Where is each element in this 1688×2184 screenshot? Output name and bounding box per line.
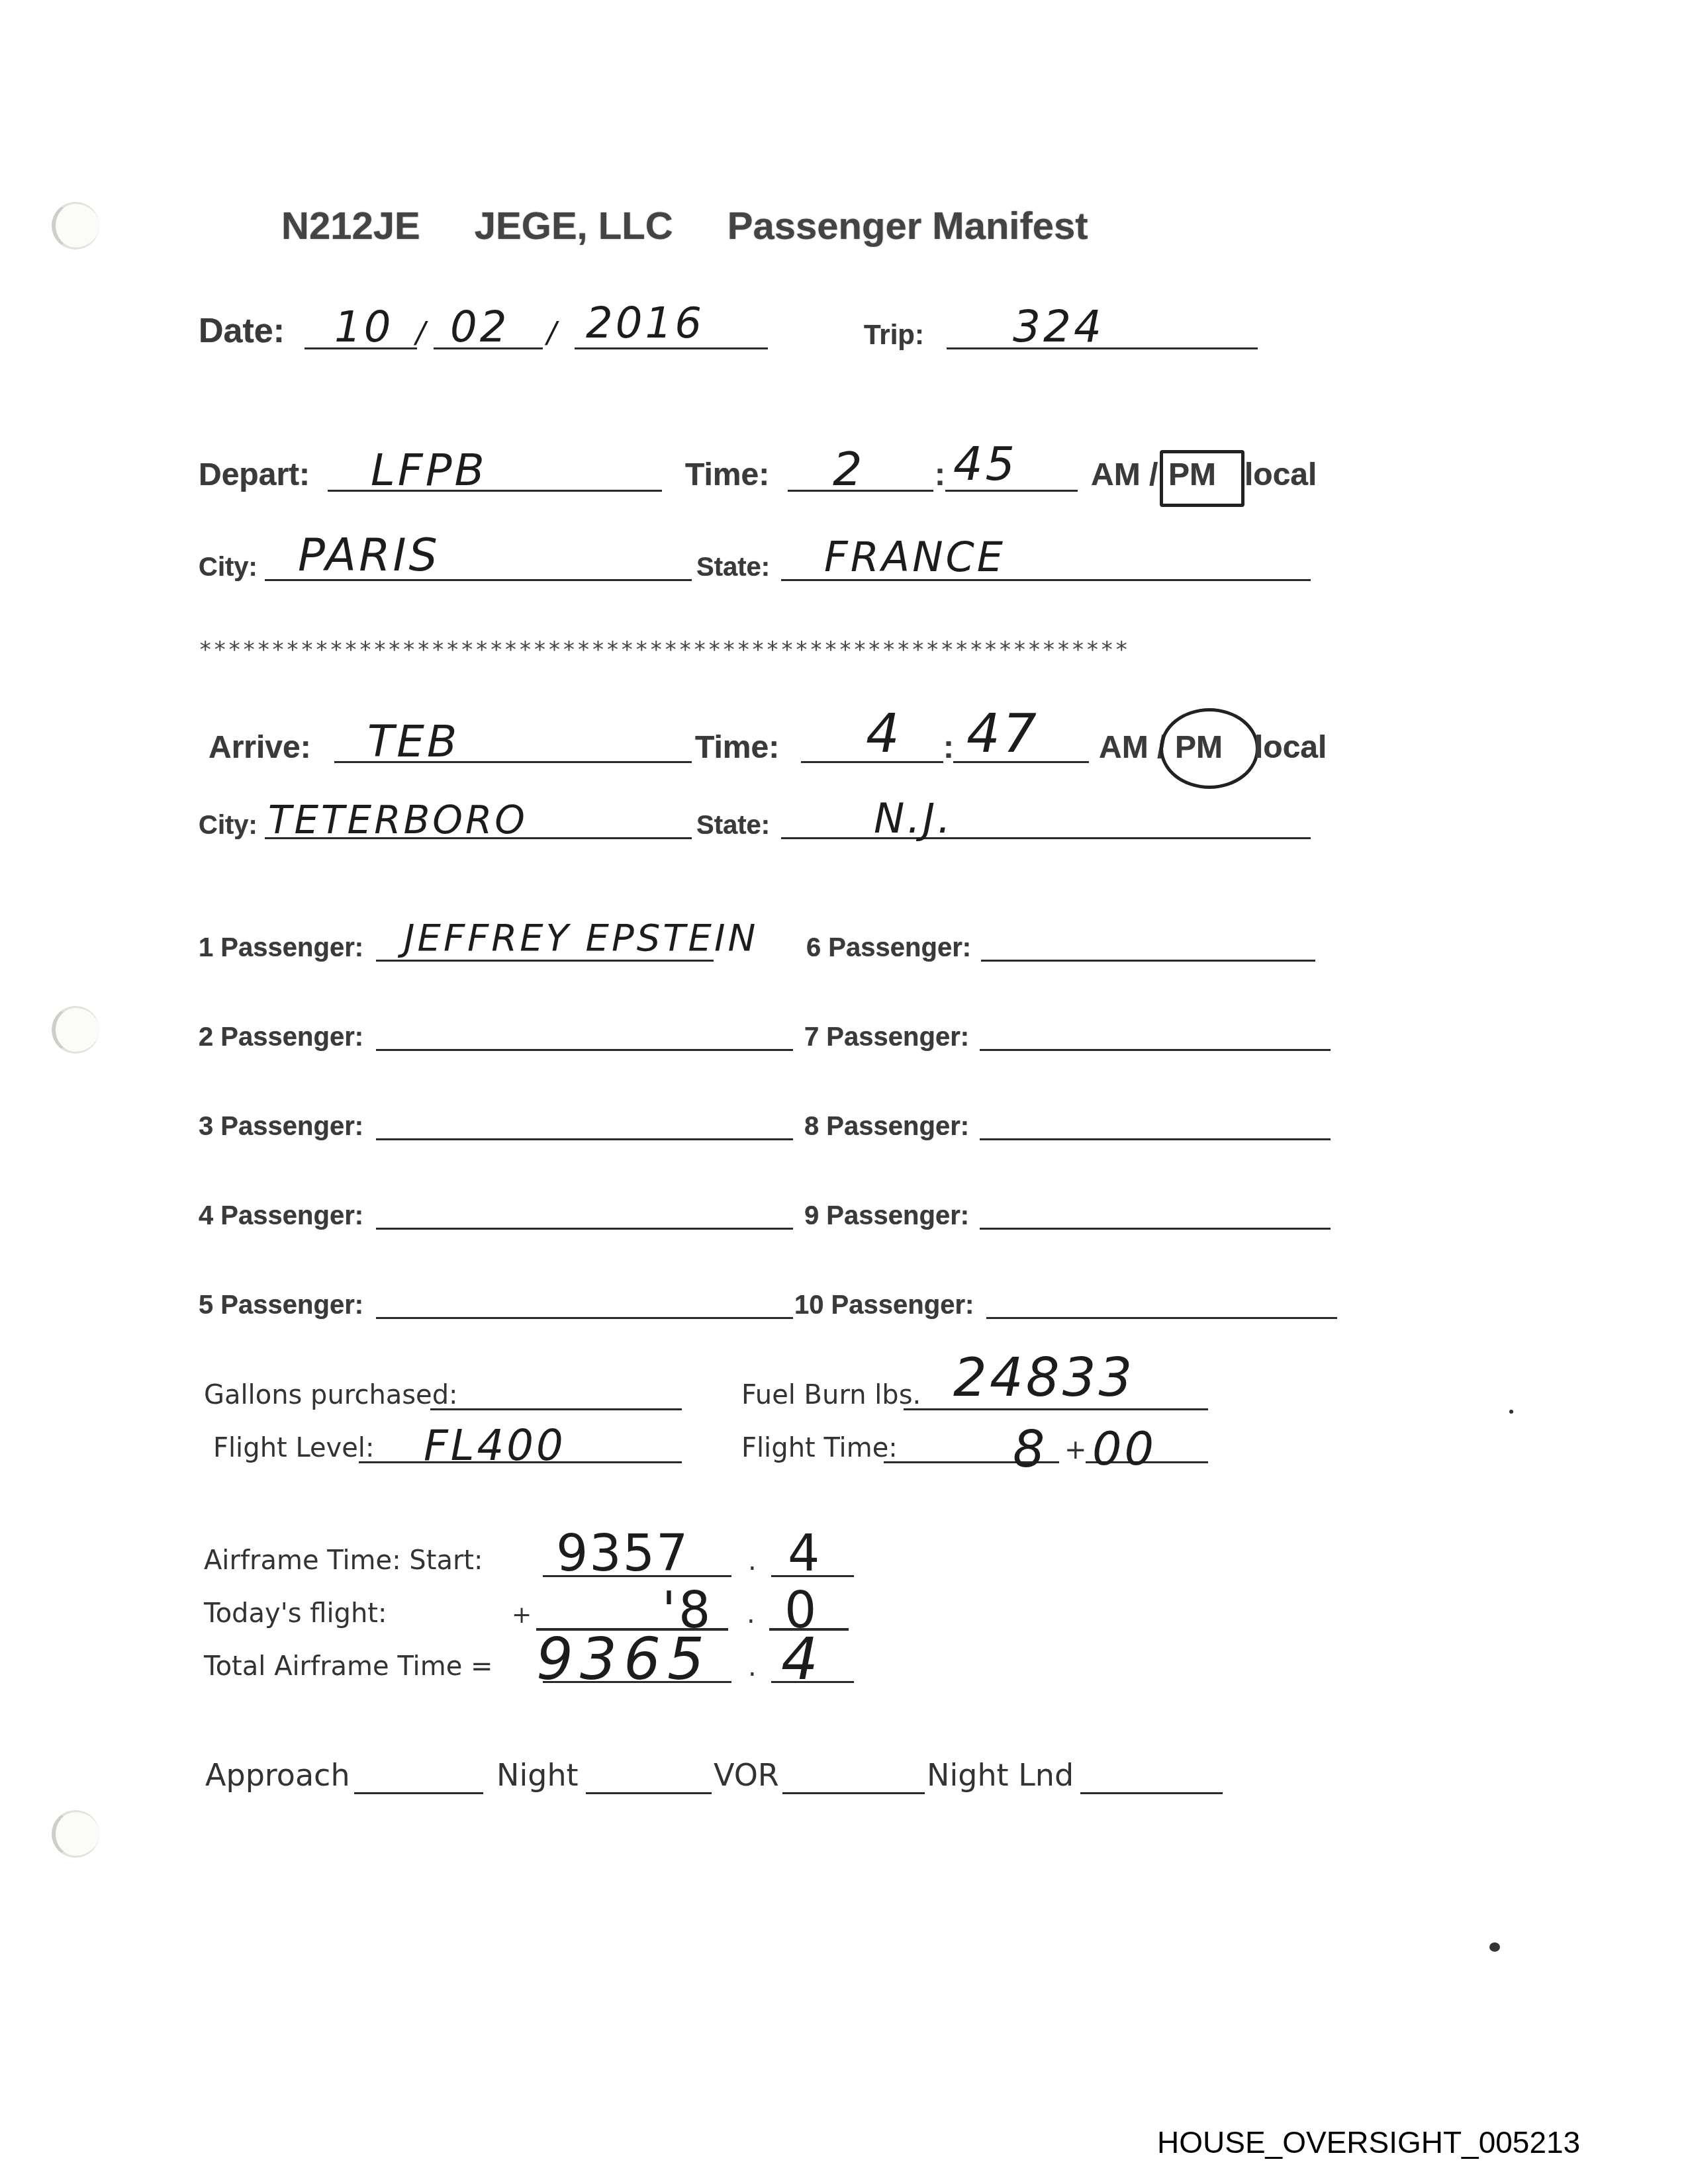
depart-airport-field[interactable]: LFPB	[371, 445, 487, 496]
depart-time-label: Time:	[685, 457, 769, 493]
depart-minute-field[interactable]: 45	[953, 437, 1017, 491]
section-divider: ****************************************…	[199, 637, 1129, 663]
depart-state-label: State:	[696, 553, 770, 582]
decimal-point: .	[747, 1599, 755, 1629]
airframe-start-whole-field[interactable]: 9357	[556, 1524, 689, 1582]
decimal-point: .	[748, 1652, 757, 1682]
date-separator: /	[416, 316, 428, 350]
date-year-field[interactable]: 2016	[586, 299, 704, 348]
manifest-page: N212JE JEGE, LLC Passenger Manifest Date…	[0, 0, 1688, 2184]
punch-hole-bottom	[52, 1810, 99, 1858]
depart-city-label: City:	[199, 553, 258, 582]
arrive-pm-selected-circle	[1160, 708, 1259, 789]
arrive-hour-field[interactable]: 4	[866, 703, 902, 764]
depart-pm-selected-box	[1160, 450, 1244, 507]
total-airframe-whole-field[interactable]: 9365	[536, 1625, 711, 1693]
total-airframe-label: Total Airframe Time =	[204, 1651, 493, 1682]
arrive-city-field[interactable]: TETERBORO	[268, 797, 528, 842]
depart-label: Depart:	[199, 457, 310, 493]
date-separator: /	[547, 316, 559, 350]
arrive-local-label: local	[1254, 729, 1327, 766]
passenger-10-label: 10 Passenger:	[794, 1291, 974, 1320]
night-label: Night	[496, 1757, 579, 1793]
bates-number: HOUSE_OVERSIGHT_005213	[1157, 2124, 1580, 2160]
date-month-field[interactable]: 10	[334, 303, 393, 352]
depart-state-field[interactable]: FRANCE	[824, 533, 1006, 581]
airframe-start-label: Airframe Time: Start:	[204, 1545, 483, 1576]
passenger-2-label: 2 Passenger:	[199, 1023, 363, 1052]
flight-time-label: Flight Time:	[741, 1433, 898, 1463]
depart-city-field[interactable]: PARIS	[298, 529, 440, 582]
scan-speck	[1509, 1410, 1513, 1414]
scan-speck	[1489, 1942, 1500, 1952]
trip-label: Trip:	[864, 319, 924, 351]
passenger-6-label: 6 Passenger:	[806, 933, 971, 963]
arrive-airport-field[interactable]: TEB	[367, 716, 459, 767]
flight-time-minutes-field[interactable]: 00	[1092, 1422, 1156, 1476]
date-label: Date:	[199, 311, 285, 351]
trip-number-field[interactable]: 324	[1013, 301, 1104, 352]
passenger-9-label: 9 Passenger:	[804, 1201, 969, 1231]
time-colon: :	[935, 457, 945, 493]
night-landing-label: Night Lnd	[927, 1757, 1074, 1793]
time-colon: :	[943, 729, 954, 766]
form-header: N212JE JEGE, LLC Passenger Manifest	[281, 204, 1088, 248]
passenger-4-label: 4 Passenger:	[199, 1201, 363, 1231]
flight-time-hours-field[interactable]: 8	[1013, 1420, 1047, 1479]
depart-am-label[interactable]: AM /	[1091, 457, 1158, 493]
punch-hole-top	[52, 202, 99, 250]
passenger-7-label: 7 Passenger:	[804, 1023, 969, 1052]
form-title: Passenger Manifest	[727, 205, 1088, 248]
passenger-3-label: 3 Passenger:	[199, 1112, 363, 1142]
company-name: JEGE, LLC	[475, 205, 673, 248]
tail-number: N212JE	[281, 205, 420, 248]
arrive-label: Arrive:	[209, 729, 311, 766]
date-day-field[interactable]: 02	[450, 303, 509, 352]
plus-sign: +	[512, 1602, 532, 1629]
arrive-am-label[interactable]: AM /	[1099, 729, 1166, 766]
passenger-1-label: 1 Passenger:	[199, 933, 363, 963]
arrive-time-label: Time:	[695, 729, 779, 766]
total-airframe-tenths-field[interactable]: 4	[781, 1625, 821, 1693]
arrive-minute-field[interactable]: 47	[966, 703, 1039, 764]
flight-level-field[interactable]: FL400	[424, 1422, 566, 1471]
passenger-8-label: 8 Passenger:	[804, 1112, 969, 1142]
todays-flight-label: Today's flight:	[204, 1598, 387, 1629]
decimal-point: .	[748, 1546, 757, 1576]
gallons-purchased-label: Gallons purchased:	[204, 1380, 458, 1410]
flight-time-separator: +	[1064, 1435, 1087, 1465]
depart-hour-field[interactable]: 2	[833, 442, 865, 496]
arrive-city-label: City:	[199, 811, 258, 841]
passenger-1-name-field[interactable]: JEFFREY EPSTEIN	[404, 917, 758, 960]
arrive-state-label: State:	[696, 811, 770, 841]
flight-level-label: Flight Level:	[213, 1433, 374, 1463]
arrive-state-field[interactable]: N.J.	[874, 794, 953, 842]
vor-label: VOR	[714, 1757, 779, 1793]
fuel-burn-field[interactable]: 24833	[953, 1347, 1135, 1408]
depart-local-label: local	[1244, 457, 1317, 493]
airframe-start-tenths-field[interactable]: 4	[788, 1524, 822, 1582]
approach-label: Approach	[205, 1757, 350, 1793]
passenger-5-label: 5 Passenger:	[199, 1291, 363, 1320]
punch-hole-middle	[52, 1006, 99, 1054]
fuel-burn-label: Fuel Burn lbs.	[741, 1380, 921, 1410]
